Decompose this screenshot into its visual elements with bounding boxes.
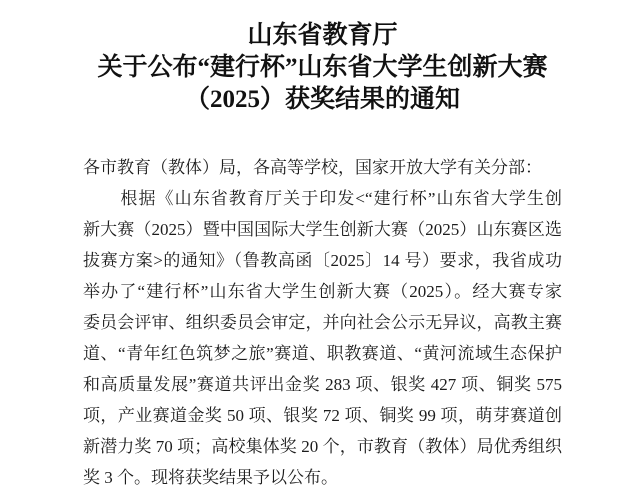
document-page: 山东省教育厅 关于公布“建行杯”山东省大学生创新大赛 （2025）获奖结果的通知… (0, 0, 640, 495)
title-line-1: 山东省教育厅 (83, 20, 562, 52)
body-line: 和高质量发展”赛道共评出金奖 283 项、银奖 427 项、铜奖 575 (83, 369, 562, 400)
body-line: 拔赛方案>的通知》（鲁教高函〔2025〕14 号）要求，我省成功 (83, 245, 562, 276)
body-line: 举办了“建行杯”山东省大学生创新大赛（2025）。经大赛专家 (83, 276, 562, 307)
body-line: 道、“青年红色筑梦之旅”赛道、职教赛道、“黄河流域生态保护 (83, 338, 562, 369)
title-line-2: 关于公布“建行杯”山东省大学生创新大赛 (83, 52, 562, 84)
document-title: 山东省教育厅 关于公布“建行杯”山东省大学生创新大赛 （2025）获奖结果的通知 (83, 20, 562, 116)
body-line: 新大赛（2025）暨中国国际大学生创新大赛（2025）山东赛区选 (83, 214, 562, 245)
document-body: 各市教育（教体）局，各高等学校，国家开放大学有关分部： 根据《山东省教育厅关于印… (83, 152, 562, 493)
body-line: 新潜力奖 70 项；高校集体奖 20 个，市教育（教体）局优秀组织 (83, 431, 562, 462)
body-line-last: 奖 3 个。现将获奖结果予以公布。 (83, 462, 562, 493)
title-line-3: （2025）获奖结果的通知 (83, 84, 562, 116)
body-line: 委员会评审、组织委员会审定，并向社会公示无异议，高教主赛 (83, 307, 562, 338)
body-line: 根据《山东省教育厅关于印发<“建行杯”山东省大学生创 (83, 183, 562, 214)
salutation-line: 各市教育（教体）局，各高等学校，国家开放大学有关分部： (83, 152, 562, 183)
body-line: 项，产业赛道金奖 50 项、银奖 72 项、铜奖 99 项，萌芽赛道创 (83, 400, 562, 431)
